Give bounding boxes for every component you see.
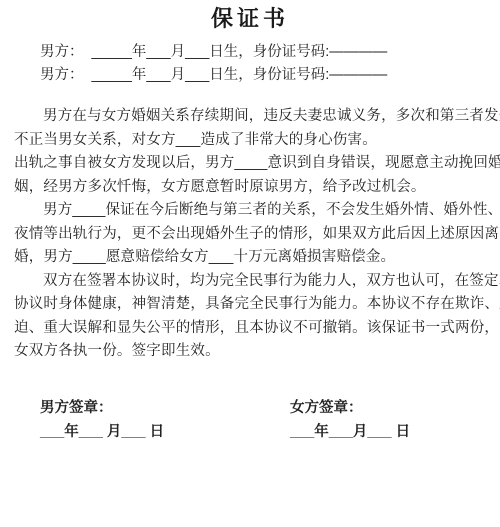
party-line-male-1: 男方： _____年___月___日生，身份证号码:———— (40, 41, 500, 64)
party-line-male-2: 男方： _____年___月___日生，身份证号码:———— (40, 64, 500, 87)
body-line: 男方在与女方婚姻关系存续期间，违反夫妻忠诚义务，多次和第三者发生 (14, 105, 486, 129)
signature-block-female: 女方签章： ___年___月___ 日 (290, 400, 410, 440)
signature-label-female: 女方签章： (290, 400, 410, 416)
body-line: 婚，男方____愿意赔偿给女方___十万元离婚损害赔偿金。 (14, 246, 486, 270)
body-line: 男方____保证在今后断绝与第三者的关系，不会发生婚外情、婚外性、一 (14, 199, 486, 223)
body-line: 迫、重大误解和显失公平的情形，且本协议不可撤销。该保证书一式两份，男 (14, 317, 486, 341)
signature-date-male: ___年___ 月___ 日 (40, 424, 290, 440)
body-line: 双方在签署本协议时，均为完全民事行为能力人，双方也认可，在签定本 (14, 270, 486, 294)
document-page: 保证书 男方： _____年___月___日生，身份证号码:———— 男方： _… (0, 0, 500, 527)
body-line: 不正当男女关系，对女方___造成了非常大的身心伤害。 (14, 129, 486, 153)
signature-section: 男方签章： ___年___ 月___ 日 女方签章： ___年___月___ 日 (0, 400, 500, 440)
signature-date-female: ___年___月___ 日 (290, 424, 410, 440)
body-line: 女双方各执一份。签字即生效。 (14, 340, 486, 364)
party-info-block: 男方： _____年___月___日生，身份证号码:———— 男方： _____… (0, 41, 500, 87)
signature-label-male: 男方签章： (40, 400, 290, 416)
document-title: 保证书 (0, 0, 500, 33)
body-line: 夜情等出轨行为，更不会出现婚外生子的情形，如果双方此后因上述原因离 (14, 223, 486, 247)
signature-block-male: 男方签章： ___年___ 月___ 日 (40, 400, 290, 440)
body-line: 姻，经男方多次忏悔，女方愿意暂时原谅男方，给予改过机会。 (14, 176, 486, 200)
body-line: 协议时身体健康，神智清楚，具备完全民事行为能力。本协议不存在欺诈、胁 (14, 293, 486, 317)
document-body: 男方在与女方婚姻关系存续期间，违反夫妻忠诚义务，多次和第三者发生 不正当男女关系… (0, 105, 500, 364)
body-line: 出轨之事自被女方发现以后，男方____意识到自身错误，现愿意主动挽回婚 (14, 152, 486, 176)
